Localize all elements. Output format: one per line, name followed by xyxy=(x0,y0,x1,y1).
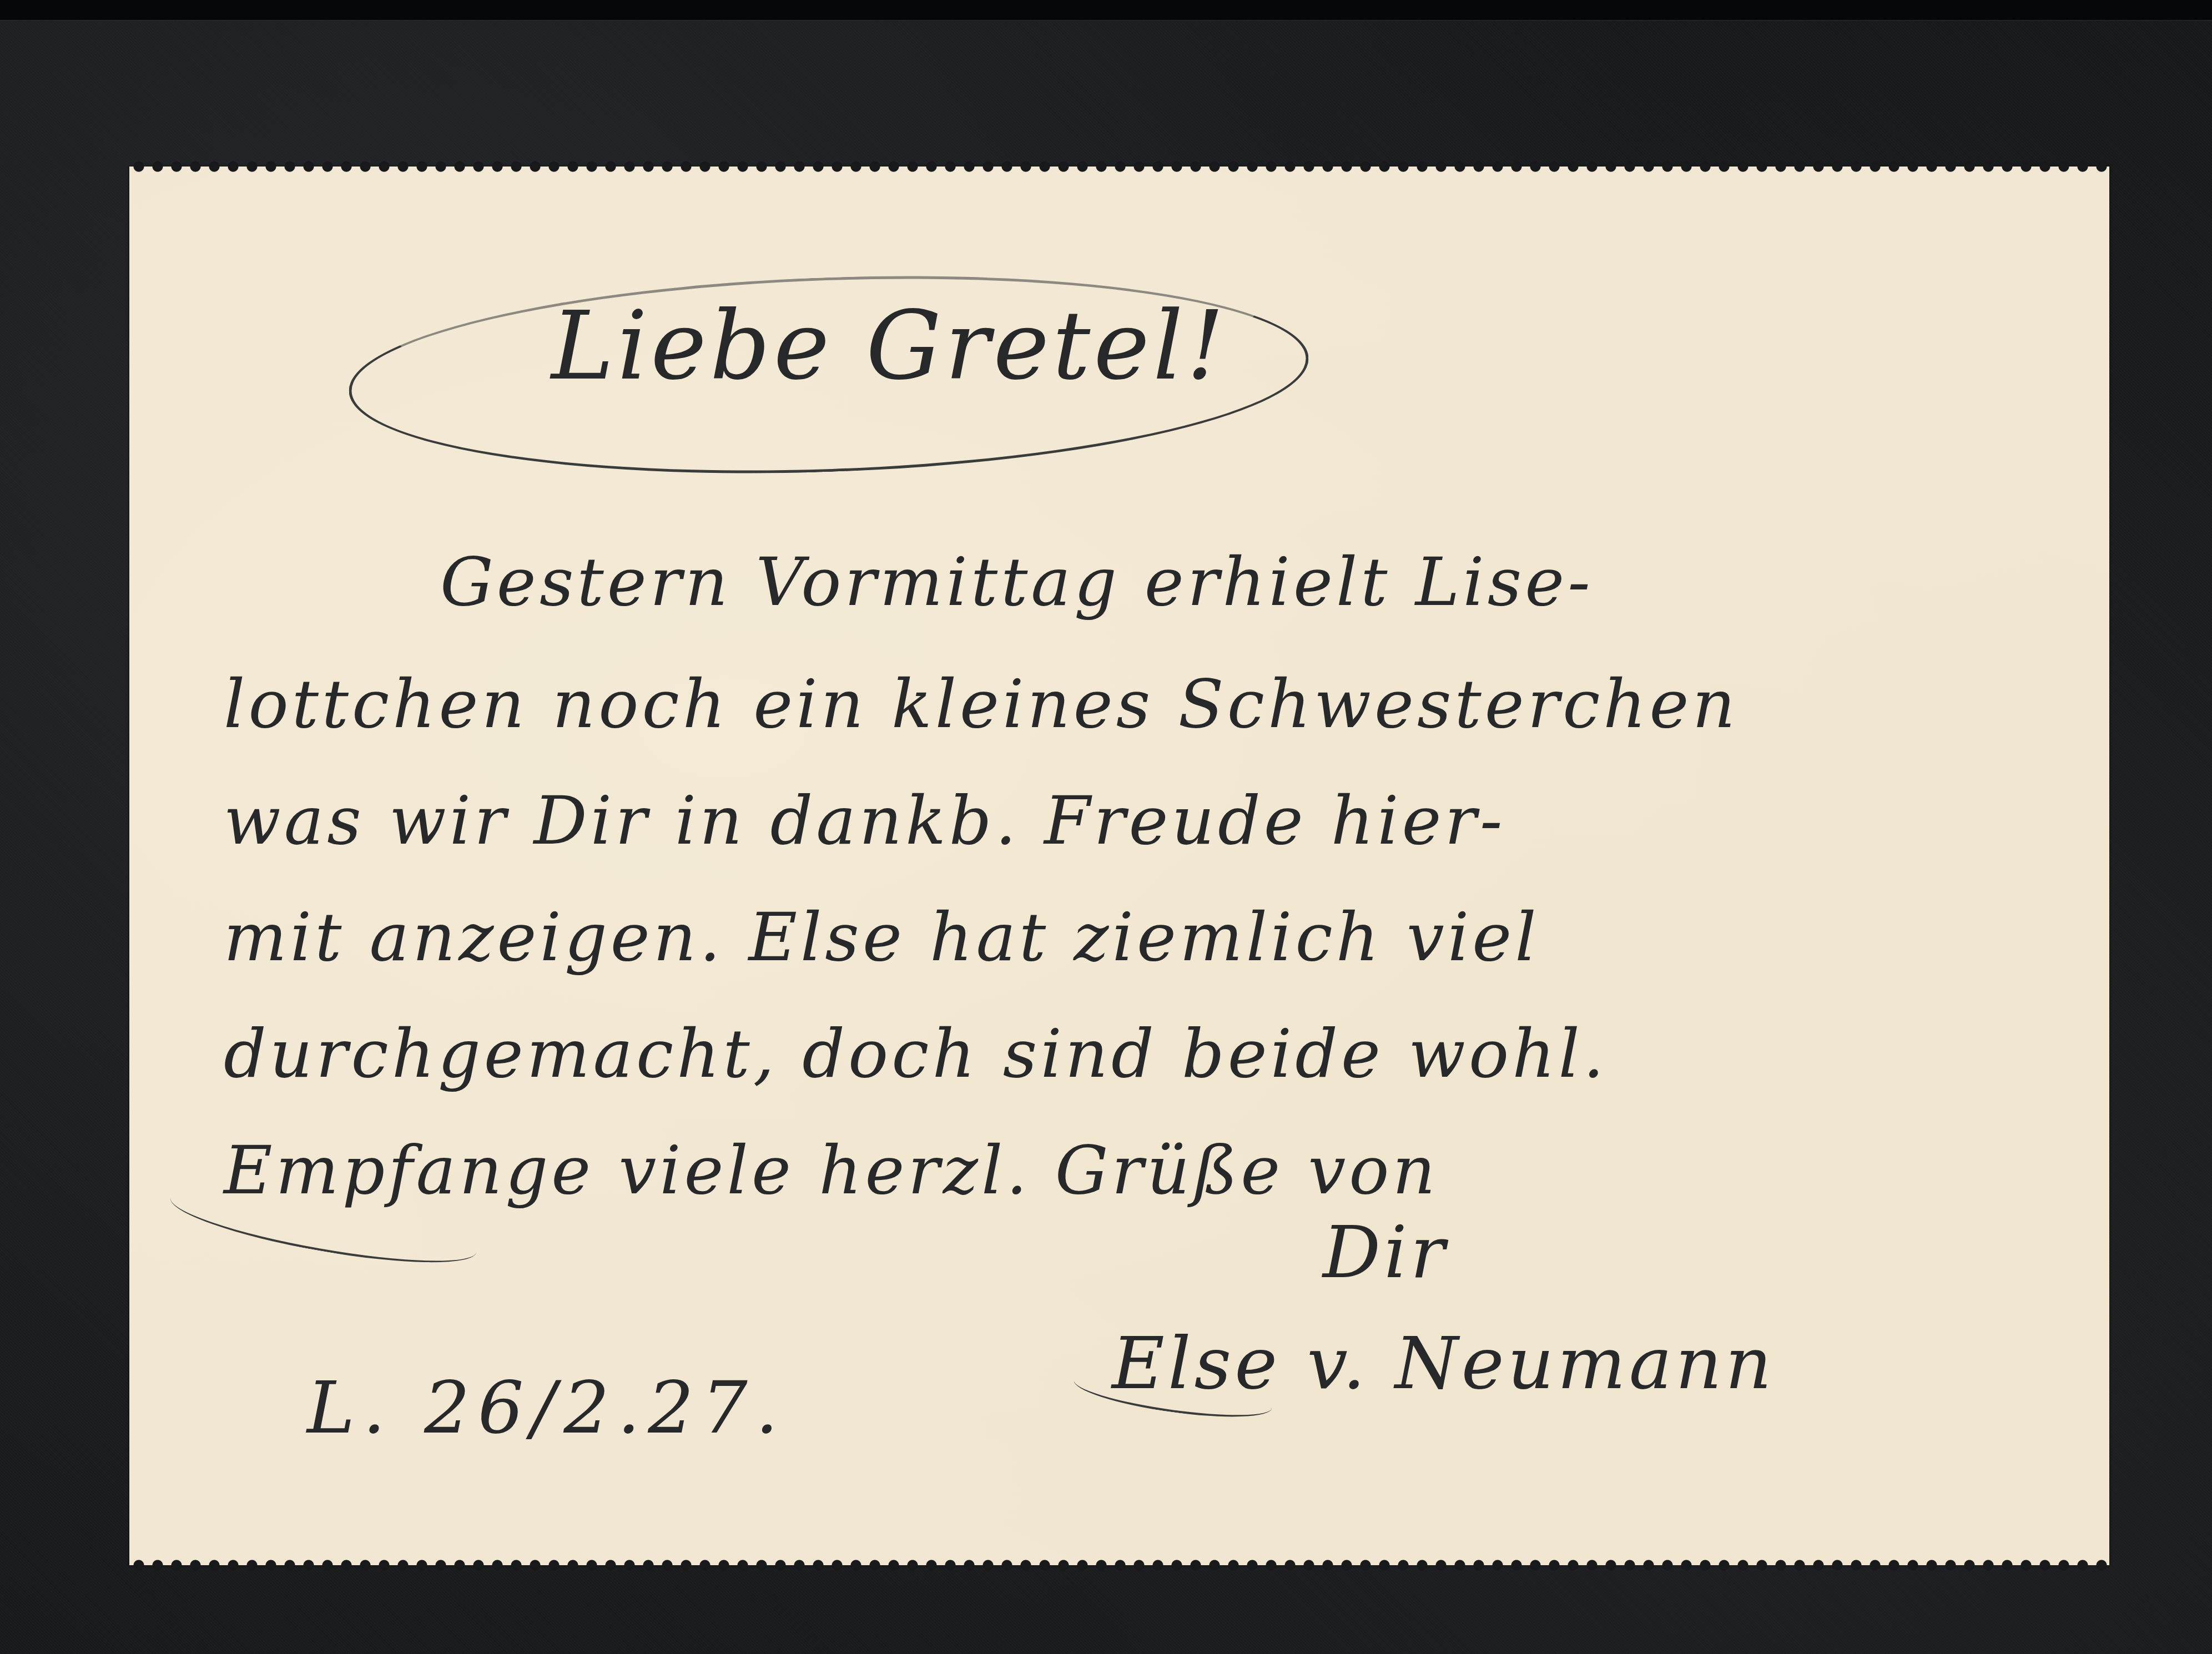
body-line-6: Empfange viele herzl. Grüße von xyxy=(224,1132,1439,1209)
body-line-3: was wir Dir in dankb. Freude hier- xyxy=(224,783,1505,860)
perforated-edge-top xyxy=(129,161,2109,172)
scanner-top-strip xyxy=(0,0,2212,21)
greeting: Liebe Gretel! xyxy=(551,291,1228,401)
date: L. 26/2.27. xyxy=(307,1365,786,1450)
body-line-1: Gestern Vormittag erhielt Lise- xyxy=(440,544,1594,621)
closing: Dir xyxy=(1323,1210,1448,1294)
perforated-edge-bottom xyxy=(129,1560,2109,1571)
body-line-4: mit anzeigen. Else hat ziemlich viel xyxy=(224,899,1540,976)
body-line-2: lottchen noch ein kleines Schwesterchen xyxy=(224,666,1739,743)
body-line-5: durchgemacht, doch sind beide wohl. xyxy=(224,1016,1608,1093)
postcard: Liebe Gretel! Gestern Vormittag erhielt … xyxy=(129,167,2109,1565)
signature: Else v. Neumann xyxy=(1112,1321,1775,1405)
